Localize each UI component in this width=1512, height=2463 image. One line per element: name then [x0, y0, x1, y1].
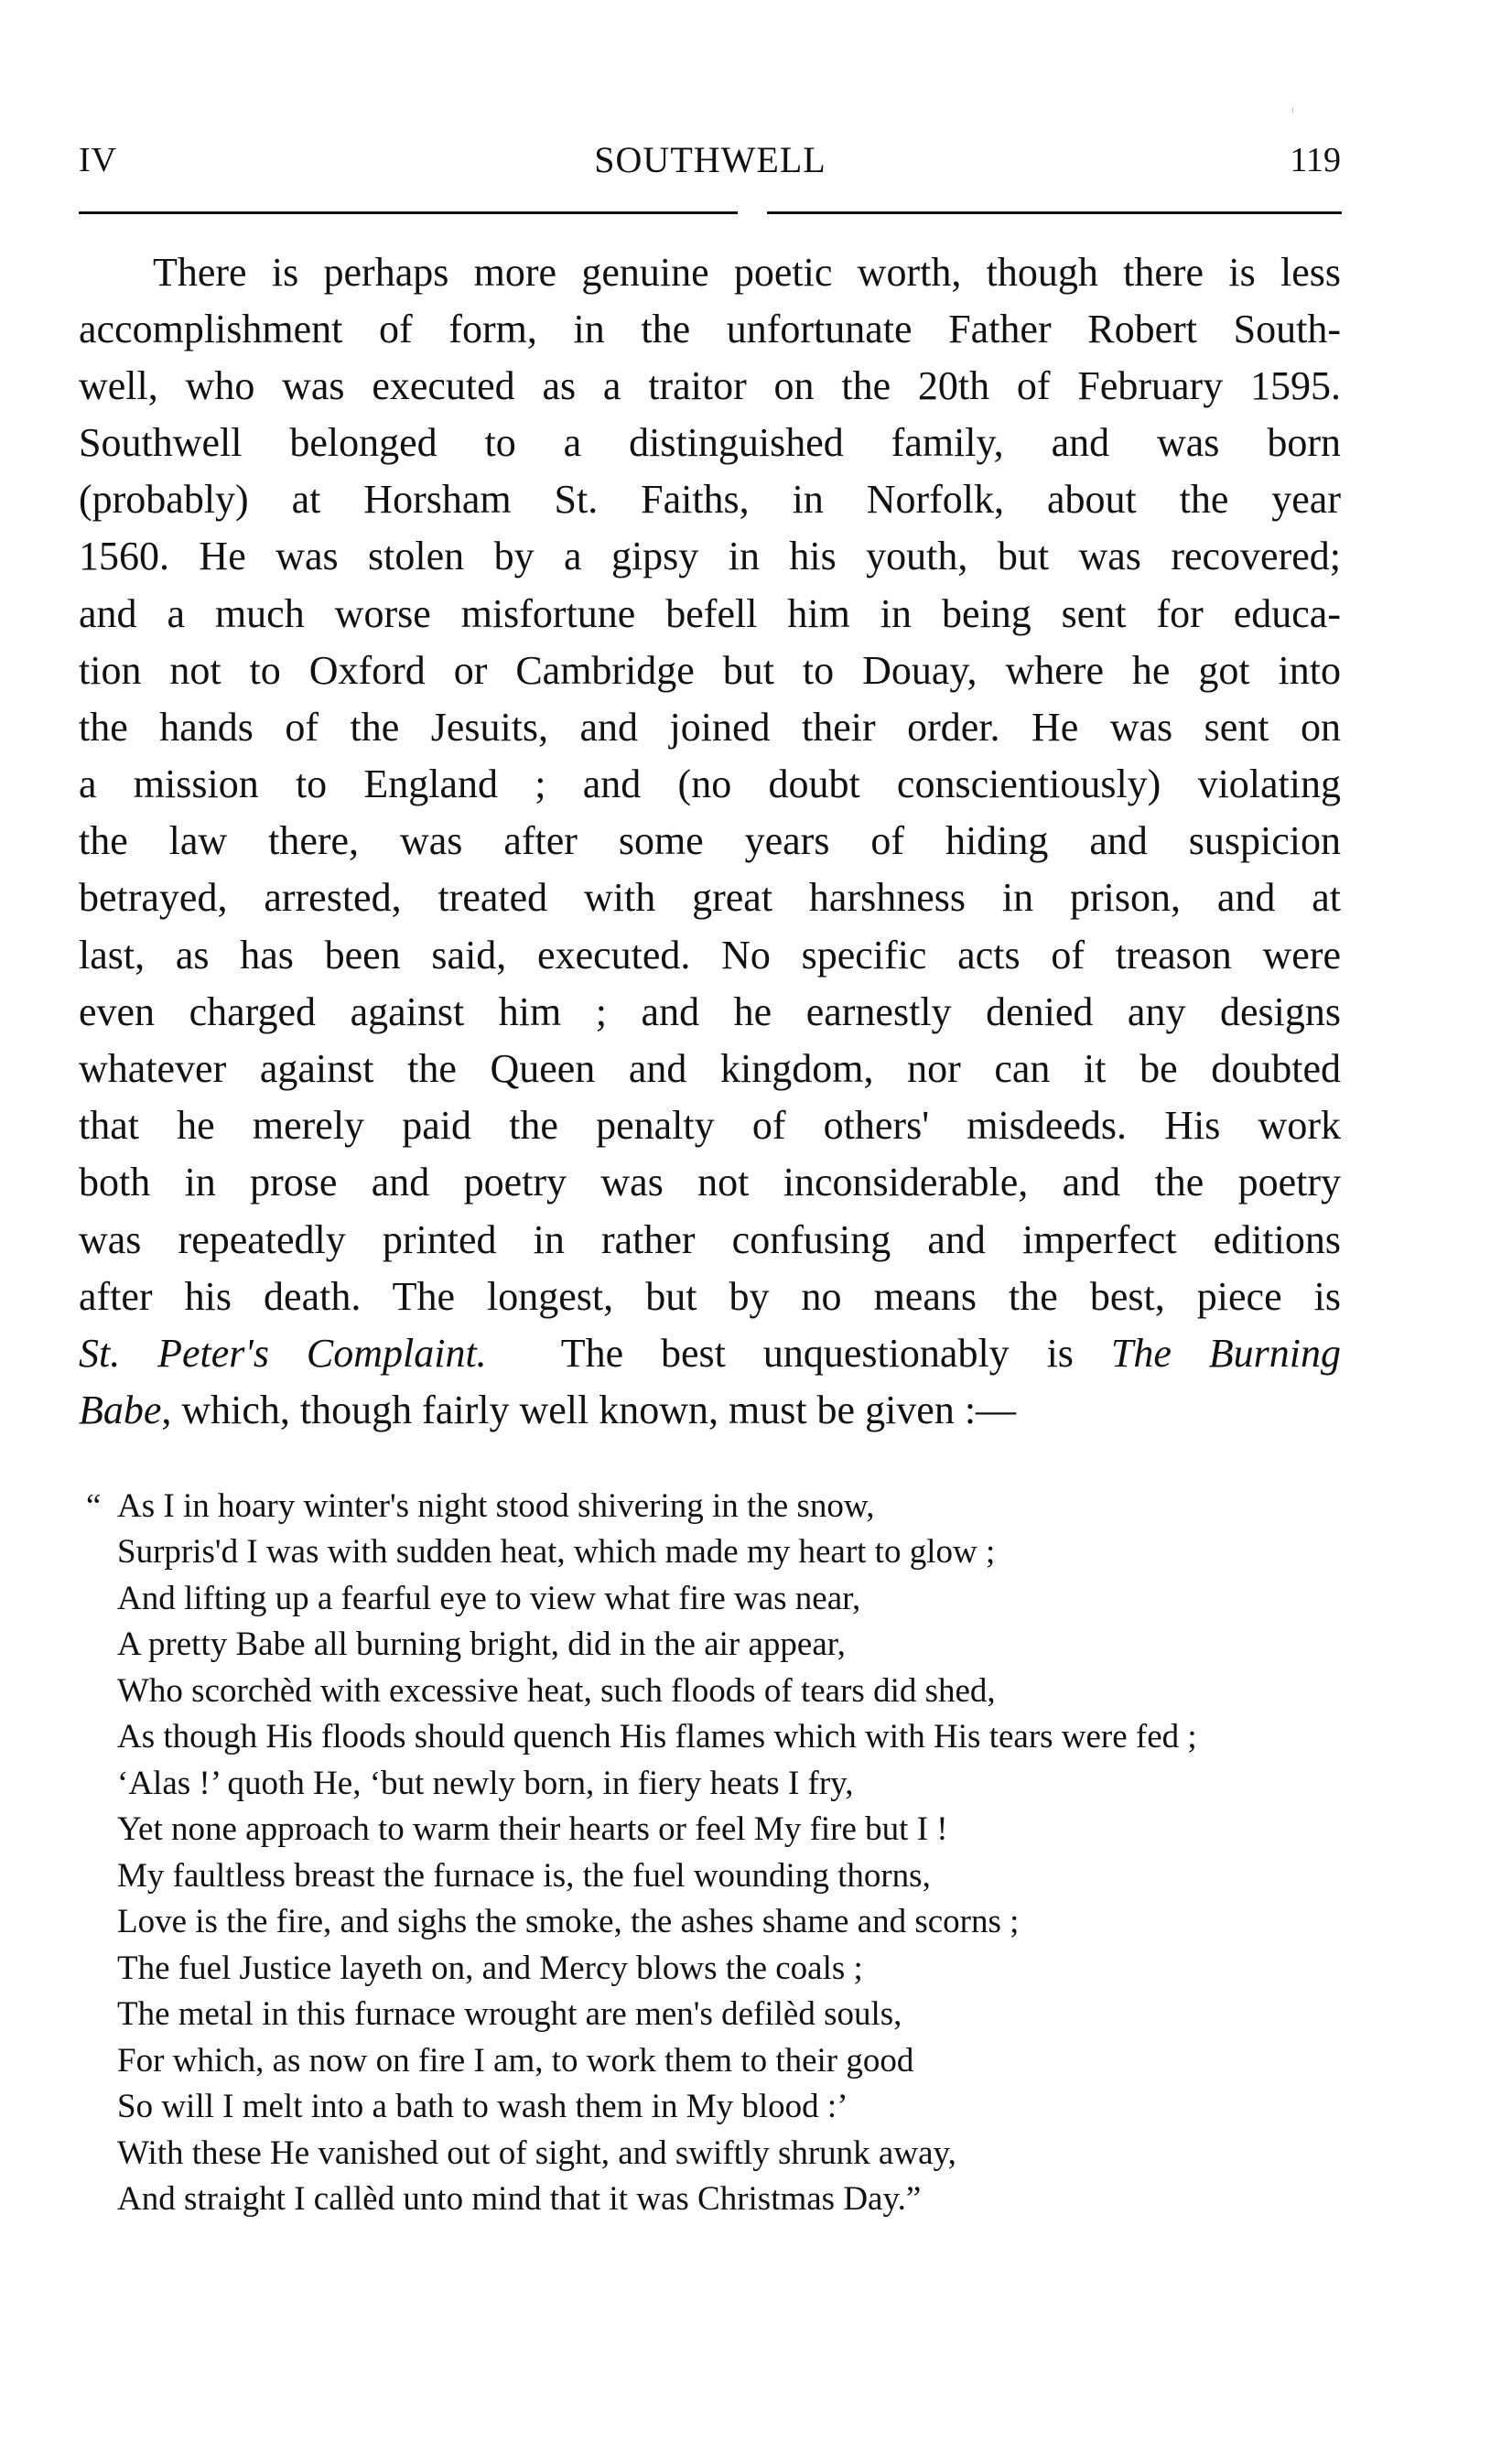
header-rule-left	[79, 211, 738, 214]
body-line: both in prose and poetry was not inconsi…	[79, 1154, 1341, 1211]
body-line: There is perhaps more genuine poetic wor…	[79, 244, 1341, 301]
poem-line: ‘Alas !’ quoth He, ‘but newly born, in f…	[117, 1761, 854, 1807]
poem-line: Who scorchèd with excessive heat, such f…	[117, 1669, 996, 1714]
body-text: The best unquestionably is	[487, 1331, 1111, 1376]
scan-speck	[1292, 108, 1293, 113]
body-line: after his death. The longest, but by no …	[79, 1269, 1341, 1325]
body-line: Babe, which, though fairly well known, m…	[79, 1382, 1341, 1439]
body-line: betrayed, arrested, treated with great h…	[79, 870, 1341, 926]
open-quote: “	[86, 1484, 101, 1529]
body-line: the hands of the Jesuits, and joined the…	[79, 699, 1341, 756]
poem-line: As I in hoary winter's night stood shive…	[117, 1484, 874, 1529]
body-line: whatever against the Queen and kingdom, …	[79, 1041, 1341, 1097]
poem-line: Yet none approach to warm their hearts o…	[117, 1807, 948, 1853]
body-line: that he merely paid the penalty of other…	[79, 1097, 1341, 1154]
body-line: (probably) at Horsham St. Faiths, in Nor…	[79, 471, 1341, 528]
title-st-peters-complaint: St. Peter's Complaint.	[79, 1331, 487, 1376]
page-number: 119	[1290, 137, 1341, 183]
running-title: SOUTHWELL	[0, 137, 1420, 183]
poem-line: The fuel Justice layeth on, and Mercy bl…	[117, 1946, 863, 1992]
body-line: a mission to England ; and (no doubt con…	[79, 756, 1341, 813]
poem-line: With these He vanished out of sight, and…	[117, 2131, 956, 2177]
body-line: accomplishment of form, in the unfortuna…	[79, 301, 1341, 358]
body-text: , which, though fairly well known, must …	[161, 1388, 1016, 1432]
book-page: IV SOUTHWELL 119 There is perhaps more g…	[0, 0, 1512, 2463]
body-line: last, as has been said, executed. No spe…	[79, 927, 1341, 984]
header-rule-right	[767, 211, 1342, 214]
body-line: even charged against him ; and he earnes…	[79, 984, 1341, 1041]
body-line: St. Peter's Complaint. The best unquesti…	[79, 1325, 1341, 1382]
poem-line: Surpris'd I was with sudden heat, which …	[117, 1529, 995, 1575]
body-line: and a much worse misfortune befell him i…	[79, 586, 1341, 643]
body-line: well, who was executed as a traitor on t…	[79, 358, 1341, 415]
body-line: 1560. He was stolen by a gipsy in his yo…	[79, 528, 1341, 585]
poem-line: And lifting up a fearful eye to view wha…	[117, 1576, 860, 1622]
poem-line: For which, as now on fire I am, to work …	[117, 2038, 913, 2084]
poem-line: The metal in this furnace wrought are me…	[117, 1992, 902, 2037]
poem-line: My faultless breast the furnace is, the …	[117, 1853, 931, 1899]
body-line: the law there, was after some years of h…	[79, 813, 1341, 870]
poem-line: A pretty Babe all burning bright, did in…	[117, 1622, 846, 1668]
body-line: tion not to Oxford or Cambridge but to D…	[79, 643, 1341, 699]
poem-line: As though His floods should quench His f…	[117, 1714, 1197, 1760]
title-the-burning-babe-cont: Babe	[79, 1388, 161, 1432]
body-line: was repeatedly printed in rather confusi…	[79, 1212, 1341, 1269]
body-line: Southwell belonged to a distinguished fa…	[79, 415, 1341, 471]
title-the-burning-babe: The Burning	[1111, 1331, 1341, 1376]
poem-line: So will I melt into a bath to wash them …	[117, 2084, 848, 2130]
poem-line: Love is the fire, and sighs the smoke, t…	[117, 1899, 1019, 1945]
poem-line: And straight I callèd unto mind that it …	[117, 2177, 921, 2222]
